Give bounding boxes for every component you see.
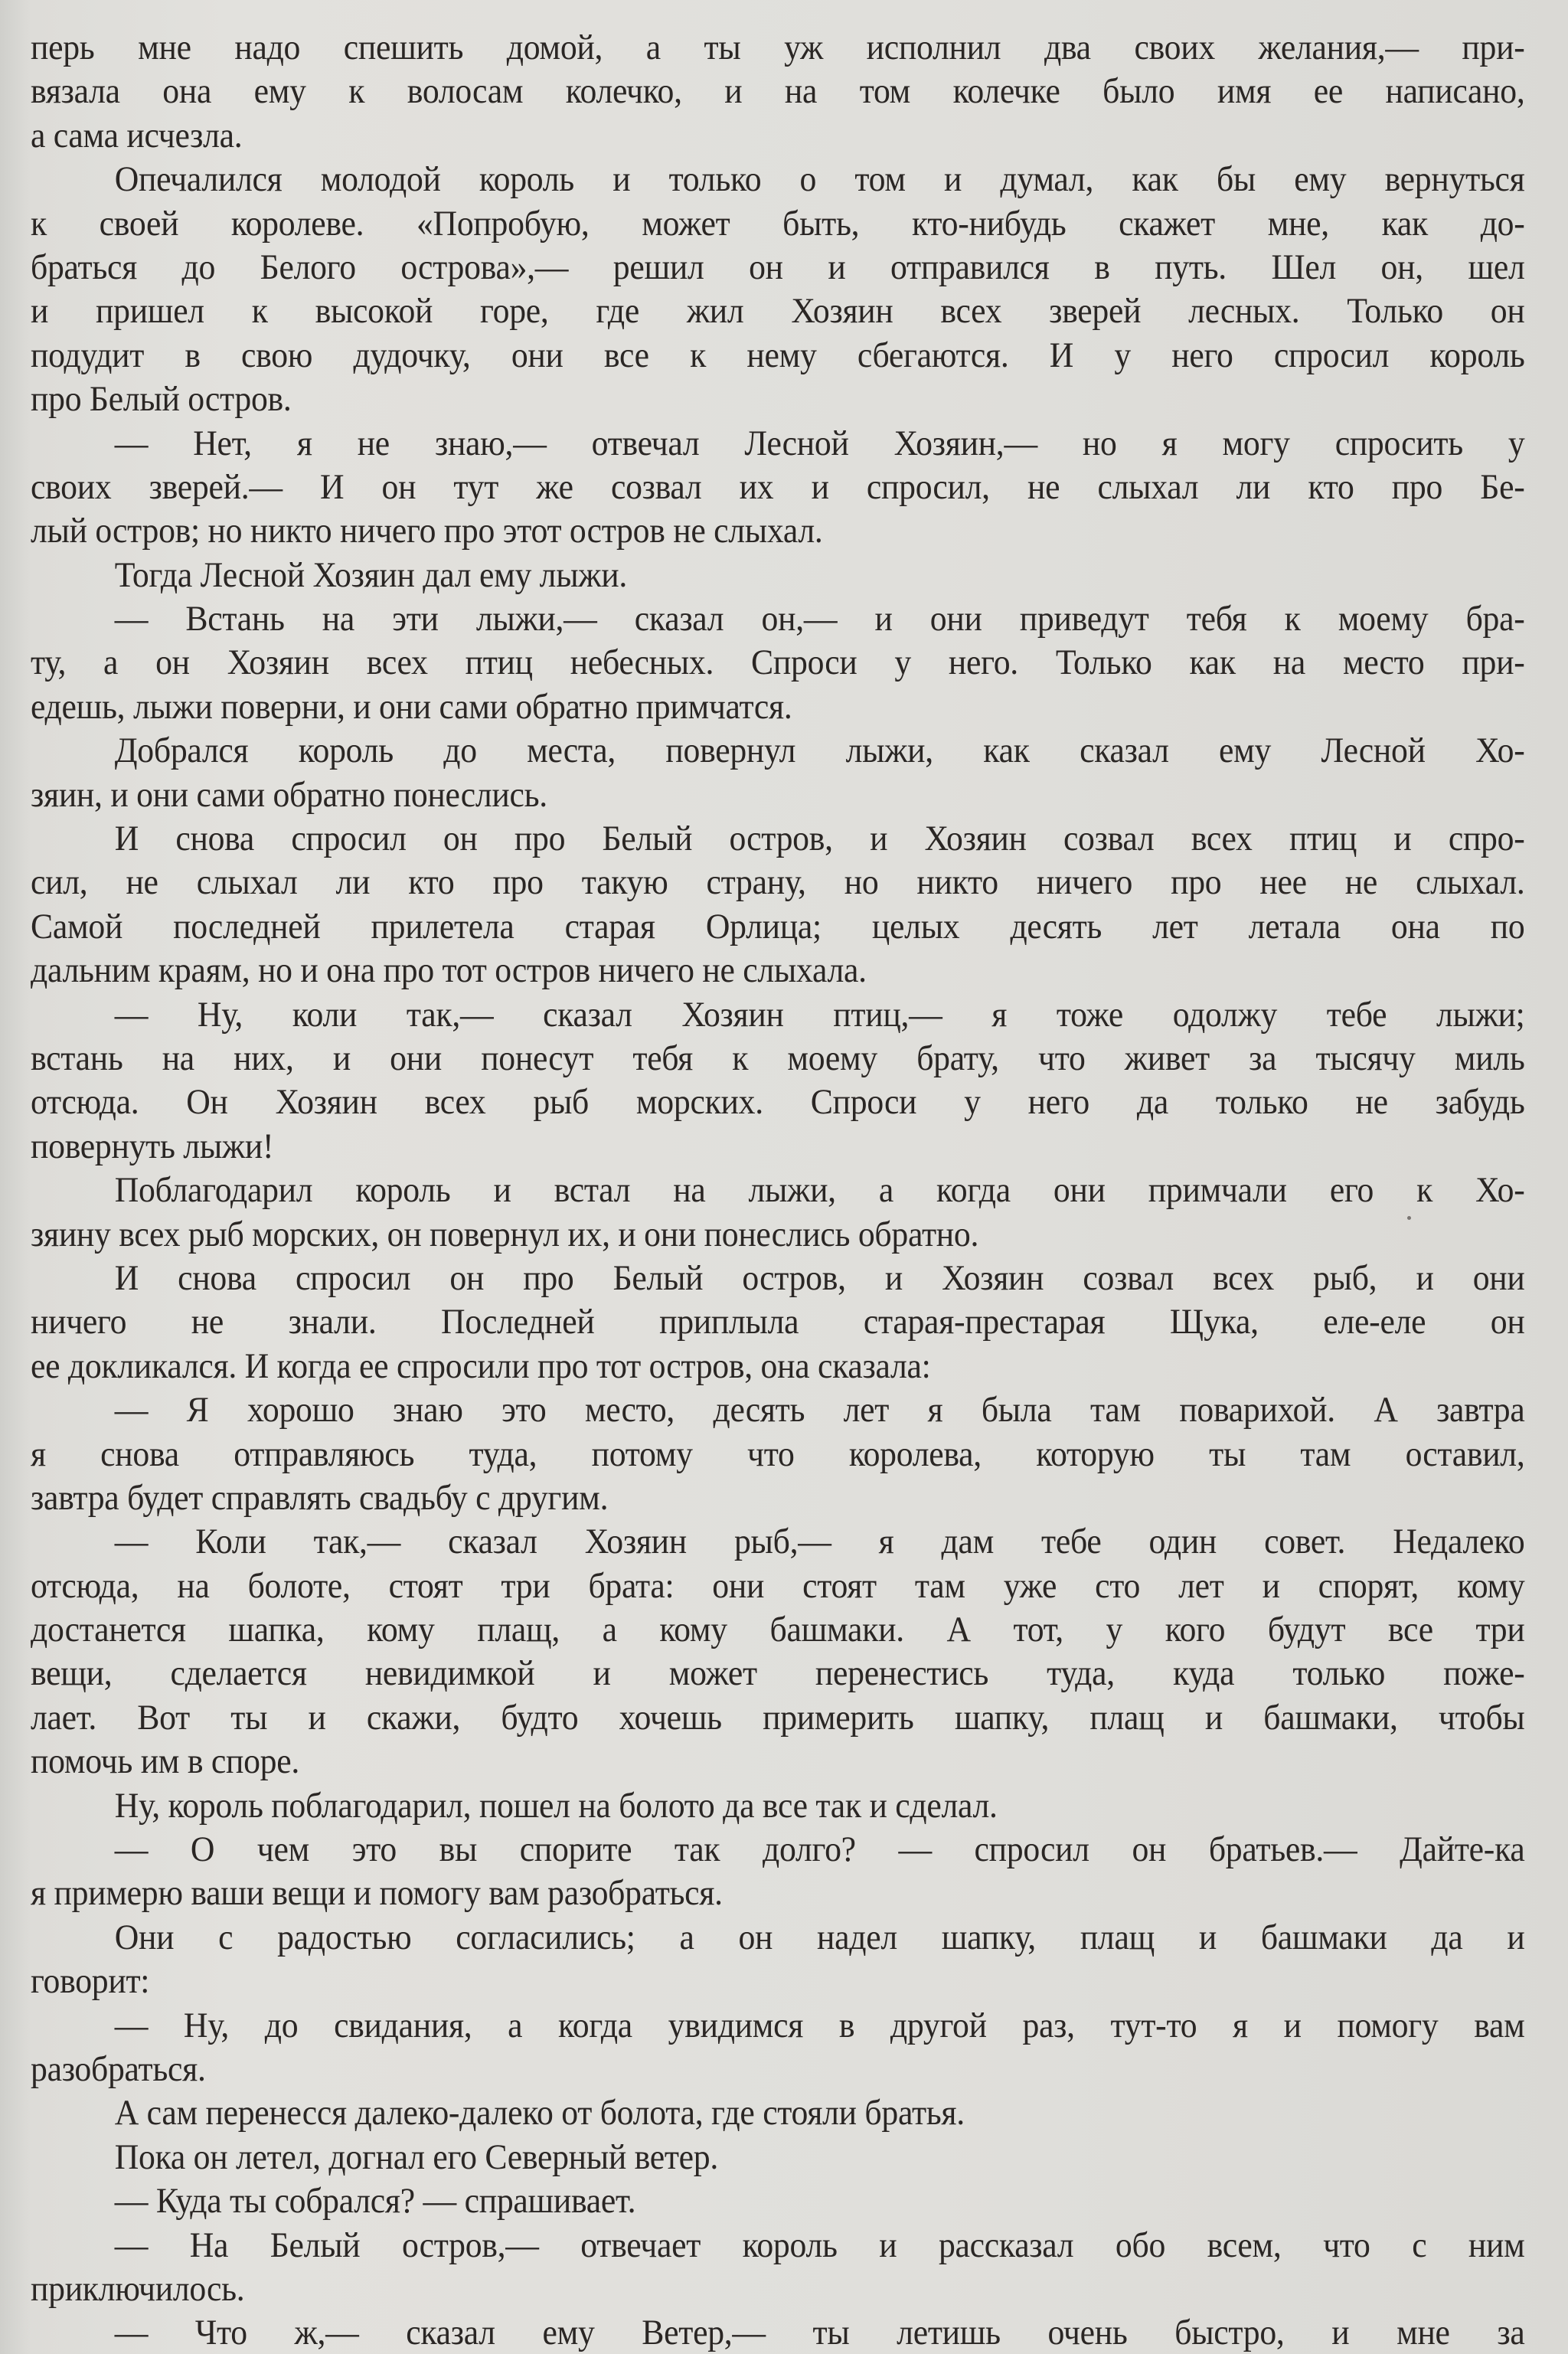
text-line: — Ну, до свидания, а когда увидимся в др…: [31, 2004, 1525, 2048]
text-line: ничего не знали. Последней приплыла стар…: [31, 1300, 1525, 1344]
paper-speck: [1407, 1216, 1411, 1220]
text-line: Они с радостью согласились; а он надел ш…: [31, 1916, 1525, 1960]
book-page: перь мне надо спешить домой, а ты уж исп…: [0, 0, 1568, 2354]
text-line: подудит в свою дудочку, они все к нему с…: [31, 334, 1525, 378]
text-line: И снова спросил он про Белый остров, и Х…: [31, 817, 1525, 861]
text-line: браться до Белого острова»,— решил он и …: [31, 246, 1525, 289]
text-line: вещи, сделается невидимкой и может перен…: [31, 1652, 1525, 1695]
text-line: — Ну, коли так,— сказал Хозяин птиц,— я …: [31, 993, 1525, 1037]
text-line: зяину всех рыб морских, он повернул их, …: [31, 1213, 1525, 1257]
text-line: А сам перенесся далеко-далеко от болота,…: [31, 2091, 1525, 2135]
text-line: а сама исчезла.: [31, 114, 1525, 158]
text-line: к своей королеве. «Попробую, может быть,…: [31, 202, 1525, 246]
text-line: — Я хорошо знаю это место, десять лет я …: [31, 1388, 1525, 1432]
text-line: Опечалился молодой король и только о том…: [31, 158, 1525, 201]
text-line: повернуть лыжи!: [31, 1125, 1525, 1169]
text-line: Самой последней прилетела старая Орлица;…: [31, 905, 1525, 949]
text-line: Тогда Лесной Хозяин дал ему лыжи.: [31, 554, 1525, 597]
text-line: Ну, король поблагодарил, пошел на болото…: [31, 1784, 1525, 1828]
text-line: отсюда, на болоте, стоят три брата: они …: [31, 1564, 1525, 1608]
text-line: лый остров; но никто ничего про этот ост…: [31, 509, 1525, 553]
text-line: — Встань на эти лыжи,— сказал он,— и они…: [31, 597, 1525, 641]
text-line: — Коли так,— сказал Хозяин рыб,— я дам т…: [31, 1520, 1525, 1564]
text-line: про Белый остров.: [31, 378, 1525, 421]
text-line: говорит:: [31, 1960, 1525, 2003]
text-line: — Нет, я не знаю,— отвечал Лесной Хозяин…: [31, 422, 1525, 466]
text-line: перь мне надо спешить домой, а ты уж исп…: [31, 26, 1525, 70]
text-line: помочь им в споре.: [31, 1740, 1525, 1783]
text-line: — На Белый остров,— отвечает король и ра…: [31, 2224, 1525, 2267]
page-text: перь мне надо спешить домой, а ты уж исп…: [31, 26, 1525, 2354]
text-line: ее докликался. И когда ее спросили про т…: [31, 1345, 1525, 1388]
text-line: — Что ж,— сказал ему Ветер,— ты летишь о…: [31, 2311, 1525, 2354]
text-line: дальним краям, но и она про тот остров н…: [31, 949, 1525, 992]
text-line: разобраться.: [31, 2048, 1525, 2091]
text-line: лает. Вот ты и скажи, будто хочешь приме…: [31, 1696, 1525, 1740]
text-line: Поблагодарил король и встал на лыжи, а к…: [31, 1169, 1525, 1212]
text-line: завтра будет справлять свадьбу с другим.: [31, 1476, 1525, 1520]
text-line: сил, не слыхал ли кто про такую страну, …: [31, 861, 1525, 904]
text-line: едешь, лыжи поверни, и они сами обратно …: [31, 685, 1525, 729]
text-line: вязала она ему к волосам колечко, и на т…: [31, 70, 1525, 113]
text-line: достанется шапка, кому плащ, а кому башм…: [31, 1608, 1525, 1652]
text-line: я примерю ваши вещи и помогу вам разобра…: [31, 1872, 1525, 1915]
text-line: — О чем это вы спорите так долго? — спро…: [31, 1828, 1525, 1872]
text-line: Пока он летел, догнал его Северный ветер…: [31, 2136, 1525, 2179]
text-line: я снова отправляюсь туда, потому что кор…: [31, 1433, 1525, 1476]
text-line: ту, а он Хозяин всех птиц небесных. Спро…: [31, 641, 1525, 685]
text-line: — Куда ты собрался? — спрашивает.: [31, 2179, 1525, 2223]
text-line: встань на них, и они понесут тебя к моем…: [31, 1037, 1525, 1081]
text-line: приключилось.: [31, 2267, 1525, 2311]
text-line: отсюда. Он Хозяин всех рыб морских. Спро…: [31, 1081, 1525, 1124]
text-line: Добрался король до места, повернул лыжи,…: [31, 729, 1525, 773]
text-line: зяин, и они сами обратно понеслись.: [31, 773, 1525, 817]
text-line: И снова спросил он про Белый остров, и Х…: [31, 1257, 1525, 1300]
text-line: своих зверей.— И он тут же созвал их и с…: [31, 466, 1525, 509]
text-line: и пришел к высокой горе, где жил Хозяин …: [31, 289, 1525, 333]
